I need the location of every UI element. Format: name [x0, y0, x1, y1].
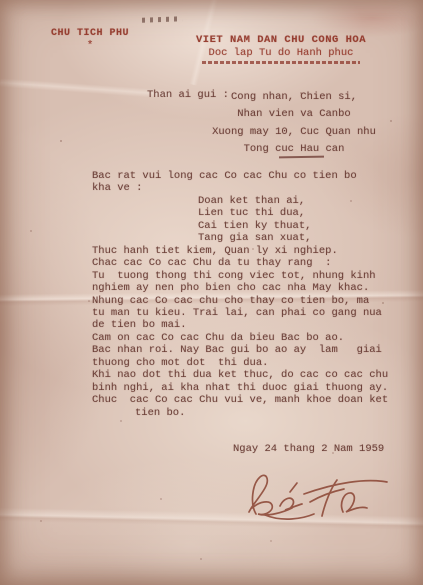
letter-line: Tang gia san xuat, [92, 232, 414, 244]
letter-line: de tien bo mai. [92, 319, 414, 331]
letter-line: Tu tuong thong thi cong viec tot, nhung … [92, 270, 414, 282]
letter-line: Cam on cac Co cac Chu da bieu Bac bo ao. [92, 332, 414, 344]
letter-line: kha ve : [92, 182, 414, 194]
paper-speckles [0, 0, 2, 2]
letter-line: Chuc cac Co cac Chu vui ve, manh khoe do… [92, 394, 414, 406]
letter-line: Chac cac Co cac Chu da tu thay rang : [92, 257, 414, 269]
ho-chi-minh-signature: Bác Hồ [240, 470, 390, 528]
country-title: VIET NAM DAN CHU CONG HOA [190, 34, 372, 46]
letter-line: Bac nhan roi. Nay Bac gui bo ao ay lam g… [92, 344, 414, 356]
letter-line: Bac rat vui long cac Co cac Chu co tien … [92, 170, 414, 182]
signature-stroke-icon [240, 470, 390, 528]
letter-line: Lien tuc thi dua, [92, 207, 414, 219]
letter-line: tien bo. [92, 407, 414, 419]
motto-underline [202, 61, 360, 64]
letter-line: Doan ket than ai, [92, 195, 414, 207]
date-line: Ngay 24 thang 2 Nam 1959 [233, 443, 384, 455]
letterhead-national: VIET NAM DAN CHU CONG HOA Doc lap Tu do … [190, 34, 372, 64]
ink-smudge-mark [142, 16, 182, 22]
recipients-list: Cong nhan, Chien si, Nhan vien va Canbo … [208, 89, 380, 159]
letter-line: thuong cho mot dot thi dua. [92, 357, 414, 369]
letter-line: Thuc hanh tiet kiem, Quan ly xi nghiep. [92, 245, 414, 257]
letter-line: Cai tien ky thuat, [92, 220, 414, 232]
recipient-line: Cong nhan, Chien si, [208, 89, 380, 106]
national-motto: Doc lap Tu do Hanh phuc [190, 47, 372, 59]
paper-crease [0, 78, 170, 99]
recipient-line: Xuong may 10, Cuc Quan nhu [208, 124, 380, 141]
letter-line: Nhung cac Co cac chu cho thay co tien bo… [92, 295, 414, 307]
letter-line: binh nghi, ai kha nhat thi duoc giai thu… [92, 382, 414, 394]
letter-line: Khi nao dot thi dua ket thuc, do cac co … [92, 369, 414, 381]
letter-line: nghiem ay nen pho bien cho cac nha May k… [92, 282, 414, 294]
letterhead-star-mark: * [51, 40, 129, 52]
letter-line: tu man tu kieu. Trai lai, can phai co ga… [92, 307, 414, 319]
recipient-line: Nhan vien va Canbo [208, 106, 380, 123]
letterhead-office: CHU TICH PHU [51, 28, 129, 39]
letter-scan-page: CHU TICH PHU * VIET NAM DAN CHU CONG HOA… [0, 0, 423, 585]
letter-body: Bac rat vui long cac Co cac Chu co tien … [92, 170, 414, 419]
